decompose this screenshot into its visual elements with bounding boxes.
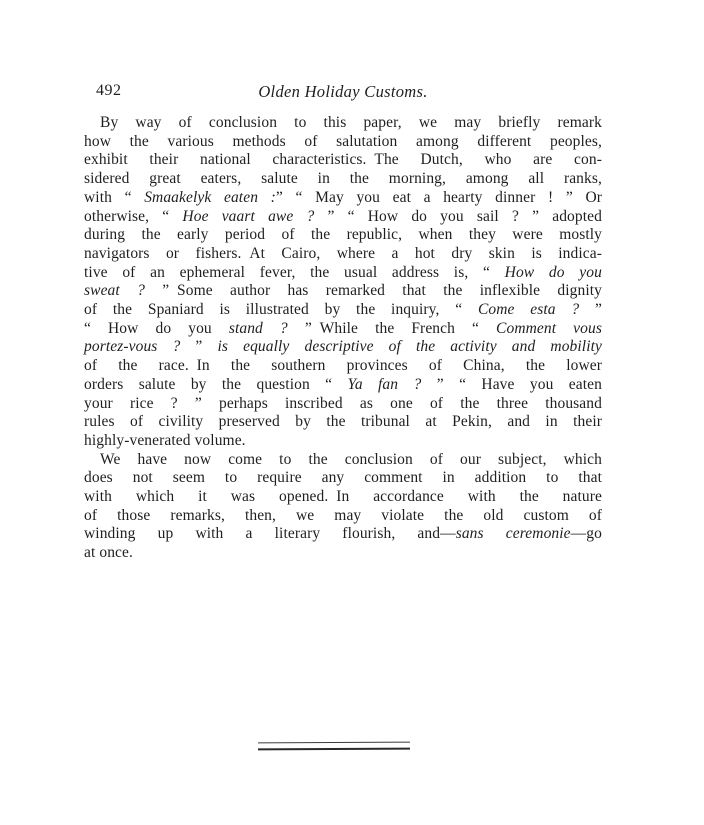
text-line: at once.	[84, 544, 602, 563]
text-line: of the race. In the southern provinces o…	[84, 357, 602, 376]
text-line: tive of an ephemeral fever, the usual ad…	[84, 264, 602, 283]
text-line: of those remarks, then, we may violate t…	[84, 507, 602, 526]
text-line: highly-venerated volume.	[84, 432, 602, 451]
italic-text-segment: Come esta ?	[478, 301, 595, 318]
text-segment: sidered great eaters, salute in the morn…	[84, 170, 602, 187]
italic-text-segment: is equally descriptive of the activity a…	[217, 338, 602, 355]
text-segment: “ How do you	[84, 320, 229, 337]
text-line: during the early period of the republic,…	[84, 226, 602, 245]
text-line: with which it was opened. In accordance …	[84, 488, 602, 507]
body-text: By way of conclusion to this paper, we m…	[84, 114, 602, 563]
text-segment: ” Some author has remarked that the infl…	[162, 282, 602, 299]
text-segment: By way of conclusion to this paper, we m…	[100, 114, 602, 131]
italic-text-segment: sweat ?	[84, 282, 162, 299]
text-line: your rice ? ” perhaps inscribed as one o…	[84, 395, 602, 414]
text-line: orders salute by the question “ Ya fan ?…	[84, 376, 602, 395]
text-line: navigators or fishers. At Cairo, where a…	[84, 245, 602, 264]
text-segment: your rice ? ” perhaps inscribed as one o…	[84, 395, 602, 412]
text-line: does not seem to require any comment in …	[84, 469, 602, 488]
text-line: We have now come to the conclusion of ou…	[84, 451, 602, 470]
text-line: of the Spaniard is illustrated by the in…	[84, 301, 602, 320]
italic-text-segment: stand ?	[229, 320, 305, 337]
text-segment: ” While the French “	[305, 320, 496, 337]
text-segment: with “	[84, 189, 144, 206]
text-line: sidered great eaters, salute in the morn…	[84, 170, 602, 189]
text-segment: otherwise, “	[84, 208, 182, 225]
text-segment: of the Spaniard is illustrated by the in…	[84, 301, 478, 318]
text-segment: winding up with a literary flourish, and…	[84, 525, 456, 542]
italic-text-segment: Hoe vaart awe ?	[182, 208, 327, 225]
scanned-book-page: 492 Olden Holiday Customs. By way of con…	[0, 0, 704, 825]
italic-text-segment: Ya fan ?	[348, 376, 437, 393]
text-segment: at once.	[84, 544, 133, 561]
text-segment: navigators or fishers. At Cairo, where a…	[84, 245, 602, 262]
italic-text-segment: How do you	[505, 264, 602, 281]
text-segment: tive of an ephemeral fever, the usual ad…	[84, 264, 505, 281]
italic-text-segment: Smaakelyk eaten :	[144, 189, 276, 206]
text-segment: —go	[571, 525, 602, 542]
paragraph: By way of conclusion to this paper, we m…	[84, 114, 602, 451]
text-line: portez-vous ? ” is equally descriptive o…	[84, 338, 602, 357]
text-line: winding up with a literary flourish, and…	[84, 525, 602, 544]
text-segment: ” “ How do you sail ? ” adopted	[327, 208, 602, 225]
text-segment: ”	[595, 301, 602, 318]
running-head: 492 Olden Holiday Customs.	[84, 82, 602, 104]
paragraph: We have now come to the conclusion of ou…	[84, 451, 602, 563]
text-segment: exhibit their national characteristics. …	[84, 151, 602, 168]
text-line: rules of civility preserved by the tribu…	[84, 413, 602, 432]
running-title: Olden Holiday Customs.	[84, 82, 602, 102]
text-line: with “ Smaakelyk eaten :” “ May you eat …	[84, 189, 602, 208]
text-segment: of the race. In the southern provinces o…	[84, 357, 602, 374]
text-line: “ How do you stand ? ” While the French …	[84, 320, 602, 339]
text-segment: with which it was opened. In accordance …	[84, 488, 602, 505]
text-segment: ” “ May you eat a hearty dinner ! ” Or	[276, 189, 602, 206]
text-segment: does not seem to require any comment in …	[84, 469, 602, 486]
text-segment: how the various methods of salutation am…	[84, 133, 602, 150]
text-line: how the various methods of salutation am…	[84, 133, 602, 152]
text-segment: during the early period of the republic,…	[84, 226, 602, 243]
text-segment: We have now come to the conclusion of ou…	[100, 451, 602, 468]
end-rule-divider	[258, 742, 410, 751]
text-segment: highly-venerated volume.	[84, 432, 246, 449]
italic-text-segment: Comment vous	[496, 320, 602, 337]
text-line: By way of conclusion to this paper, we m…	[84, 114, 602, 133]
italic-text-segment: portez-vous ?	[84, 338, 195, 355]
text-segment: orders salute by the question “	[84, 376, 348, 393]
italic-text-segment: sans ceremonie	[456, 525, 571, 542]
text-segment: ” “ Have you eaten	[437, 376, 602, 393]
text-line: exhibit their national characteristics. …	[84, 151, 602, 170]
text-segment: ”	[195, 338, 217, 355]
text-line: otherwise, “ Hoe vaart awe ? ” “ How do …	[84, 208, 602, 227]
text-segment: rules of civility preserved by the tribu…	[84, 413, 602, 430]
text-line: sweat ? ” Some author has remarked that …	[84, 282, 602, 301]
text-segment: of those remarks, then, we may violate t…	[84, 507, 602, 524]
